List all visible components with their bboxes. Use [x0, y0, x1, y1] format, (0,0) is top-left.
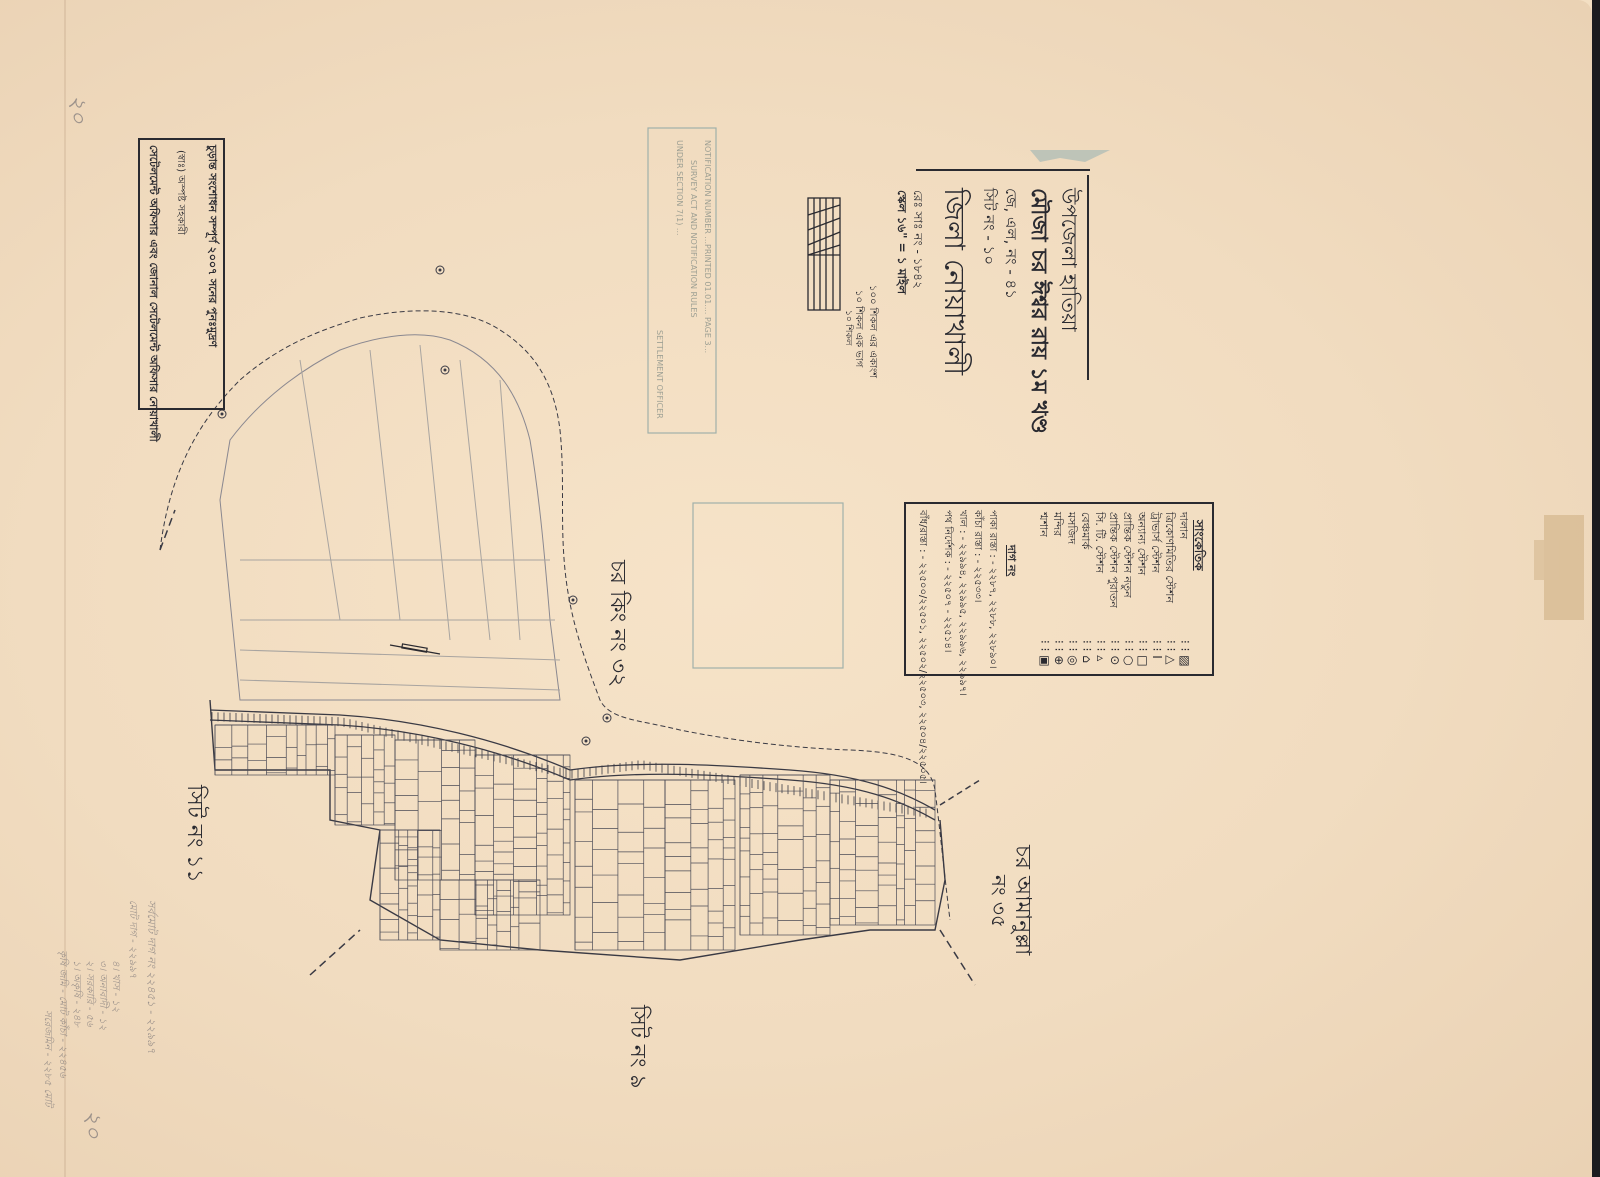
- mouza-title: মৌজা চর ঈশ্বর রায় ১ম খণ্ড: [1019, 188, 1056, 434]
- pencil-note: ৪। খাস - ১২: [106, 960, 123, 1012]
- district-title: জিলা নোয়াখালী: [929, 188, 976, 375]
- sheet-number: সিট নং - ১০: [975, 188, 1000, 265]
- margin-note-bottom-left: ২০: [73, 1110, 110, 1139]
- pencil-note: মোট দাগ - ২২৯৯৭: [123, 900, 140, 978]
- stamp-line-2: (স্বাঃ) অস্পষ্ট সহকারী: [171, 150, 188, 235]
- faint-stamp-line: SURVEY ACT AND NOTIFICATION RULES: [689, 160, 698, 318]
- legend-section-title: দাগ নং: [1001, 545, 1020, 576]
- jl-number: জে, এল, নং - ৪১: [997, 188, 1022, 299]
- faint-stamp-line: NOTIFICATION NUMBER ...PRINTED 01.01....…: [703, 140, 712, 353]
- legend-item-label: শ্মশান: [1033, 512, 1052, 537]
- margin-note-top-left: ২০: [58, 95, 95, 124]
- adjoining-label-west: সিট নং ১১: [175, 785, 212, 883]
- triangle-icon: ⁝ ⁝ △: [1164, 640, 1178, 665]
- cadastral-map-drawing: [0, 0, 1600, 1177]
- scale-text: স্কেল ১৬" = ১ মাইল: [890, 190, 910, 294]
- stamp-line-3: সেটেলমেন্ট অফিসার এবং জোনাল সেটেলমেন্ট অ…: [143, 145, 162, 442]
- legend-khatian-row: পথ নির্দেশক : - ২২৫০৭ - ২২৫১৪।: [938, 510, 955, 652]
- rect-box-icon: ⁝ ⁝ ▣: [1038, 640, 1052, 667]
- circle-cross-icon: ⁝ ⁝ ⊕: [1052, 640, 1066, 665]
- faint-stamp-line: SETTLEMENT OFFICER: [655, 330, 664, 419]
- scale-bar-end-label: ১০ শিকল: [841, 310, 856, 345]
- circle-dot-icon: ⁝ ⁝ ⊙: [1108, 640, 1122, 665]
- legend-khatian-row: পাকা রাস্তা : - ২২৮৭, ২২৮৮, ২২৮৯০।: [983, 510, 1000, 669]
- faint-stamp-line: UNDER SECTION 7(1) ...: [675, 140, 684, 236]
- triangle-small-icon: ⁝ ⁝ ▵: [1094, 640, 1108, 661]
- adjoining-label-north: চর কিং নং ৩২: [598, 560, 635, 687]
- adjoining-label-south: সিট নং ৯: [618, 1005, 655, 1089]
- hatched-box-icon: ⁝ ⁝ ▨: [1178, 640, 1192, 667]
- pencil-note: সর্বমোট দাগ নং ২২৪৫১ - ২২৯৯৭: [141, 900, 160, 1053]
- circle-icon: ⁝ ⁝ ○: [1122, 640, 1136, 666]
- legend-khatian-row: খাল : - ২২৯৯৪, ২২৯৯৫, ২২৯৯৬, ২২৯৯৭।: [953, 510, 970, 696]
- adjoining-label-east-no: নং ৩৫: [980, 875, 1013, 928]
- legend-khatian-row: কাঁচা রাস্তা : - ২২৫৩৩।: [968, 510, 985, 602]
- legend-khatian-row: বাঁধ/রাস্তা : - ২২৫০০/২২৫০১, ২২৫০২/২২৫০৩…: [913, 510, 930, 784]
- stamp-line-1: চুড়ান্ত সংশোধন সম্পূর্ণ ২০০৭ সনের পুনঃম…: [202, 145, 221, 347]
- square-icon: ⁝ ⁝ □: [1136, 640, 1150, 667]
- I-icon: ⁝ ⁝ I: [1150, 640, 1164, 659]
- double-circle-icon: ⁝ ⁝ ◎: [1066, 640, 1080, 666]
- bullet-icon: ⁝ ⁝ ⌂: [1080, 640, 1094, 663]
